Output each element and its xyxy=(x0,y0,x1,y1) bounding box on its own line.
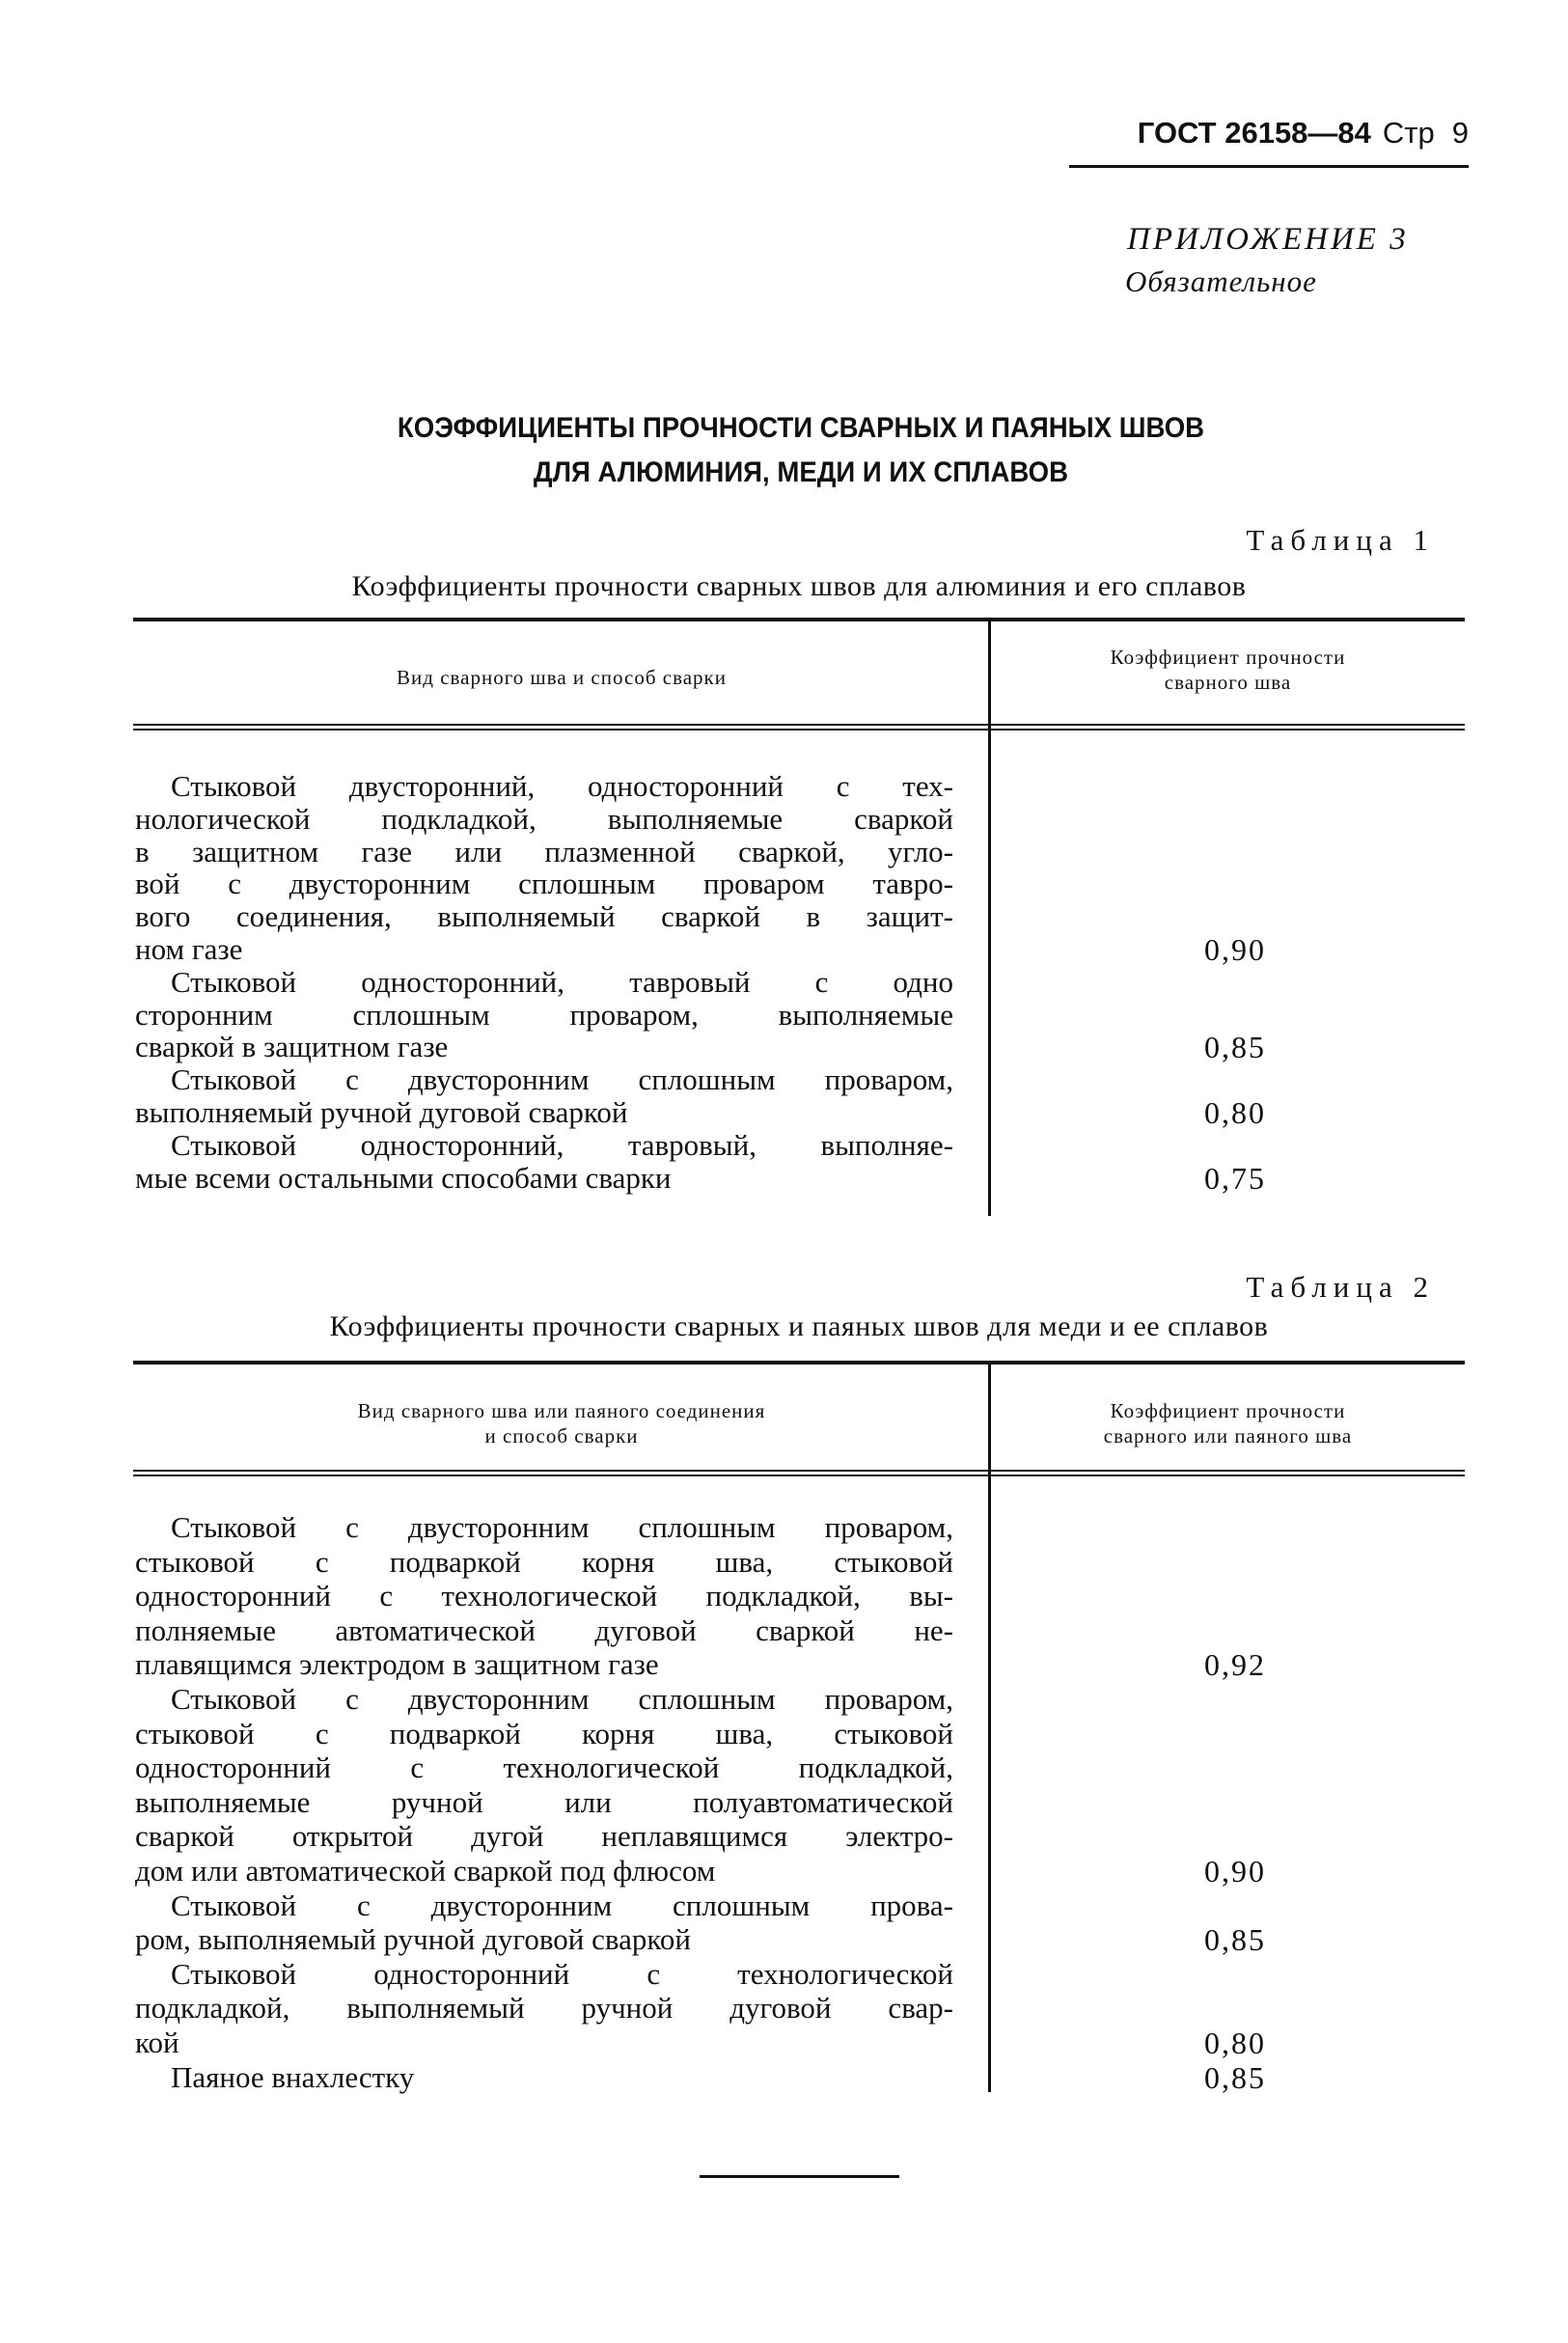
row-text-line: сваркой открытой дугой неплавящимся элек… xyxy=(135,1820,953,1853)
row-text-line: дом или автоматической сваркой под флюсо… xyxy=(135,1855,953,1888)
row-text-line: стыковой с подваркой корня шва, стыковой xyxy=(135,1718,953,1750)
coefficient-value: 0,92 xyxy=(1148,1648,1322,1681)
coefficient-value: 0,90 xyxy=(1148,1855,1322,1888)
table-1-column-divider xyxy=(988,621,991,1216)
header-text: сварного или паяного шва xyxy=(991,1423,1465,1448)
row-text-line: вого соединения, выполняемый сваркой в з… xyxy=(135,900,953,933)
coefficient-value: 0,85 xyxy=(1148,1031,1322,1063)
row-text-line: подкладкой, выполняемый ручной дуговой с… xyxy=(135,1992,953,2025)
row-text-line: нологической подкладкой, выполняемые сва… xyxy=(135,803,953,836)
coefficient-value: 0,80 xyxy=(1148,2026,1322,2059)
table-1-header-col1: Вид сварного шва и способ сварки xyxy=(135,665,988,690)
row-text-line: ном газе xyxy=(135,933,953,966)
table-2-header-rule xyxy=(133,1470,1465,1476)
row-text-line: Стыковой с двусторонним сплошным прова- xyxy=(171,1889,953,1922)
row-text-line: сторонним сплошным проваром, выполняемые xyxy=(135,999,953,1032)
header-text: и способ сварки xyxy=(135,1423,988,1448)
row-text-line: плавящимся электродом в защитном газе xyxy=(135,1648,953,1681)
table-2-number: Таблица 2 xyxy=(1246,1268,1435,1307)
row-text-line: в защитном газе или плазменной сваркой, … xyxy=(135,836,953,868)
header-text: Вид сварного шва и способ сварки xyxy=(135,665,988,690)
coefficient-value: 0,85 xyxy=(1148,1923,1322,1956)
page-title-line-2: ДЛЯ АЛЮМИНИЯ, МЕДИ И ИХ СПЛАВОВ xyxy=(188,454,1414,492)
table-1-header-rule xyxy=(133,724,1465,730)
page-label: Стр xyxy=(1383,116,1435,150)
row-text-line: выполняемые ручной или полуавтоматическо… xyxy=(135,1786,953,1819)
header-text: Коэффициент прочности xyxy=(991,1398,1465,1423)
row-text-line: Стыковой с двусторонним сплошным проваро… xyxy=(171,1683,953,1716)
row-text-line: Стыковой односторонний с технологической xyxy=(171,1958,953,1991)
coefficient-value: 0,75 xyxy=(1148,1162,1322,1195)
row-text-line: Стыковой односторонний, тавровый с одно xyxy=(171,966,953,999)
row-text-line: мые всеми остальными способами сварки xyxy=(135,1162,953,1195)
row-text-line: выполняемый ручной дуговой сваркой xyxy=(135,1096,953,1129)
header-text: сварного шва xyxy=(991,670,1465,695)
row-text-line: сваркой в защитном газе xyxy=(135,1031,953,1063)
appendix-status: Обязательное xyxy=(1125,262,1317,301)
row-text-line: вой с двусторонним сплошным проваром тав… xyxy=(135,868,953,900)
row-text-line: полняемые автоматической дуговой сваркой… xyxy=(135,1614,953,1647)
table-2-header-col1: Вид сварного шва или паяного соединения … xyxy=(135,1398,988,1448)
header-rule xyxy=(1069,165,1469,168)
standard-code: ГОСТ 26158—84 xyxy=(1138,116,1371,150)
page-number: 9 xyxy=(1452,116,1469,150)
coefficient-value: 0,85 xyxy=(1148,2061,1322,2094)
appendix-label: ПРИЛОЖЕНИЕ 3 xyxy=(1127,220,1409,259)
table-1-top-rule xyxy=(133,618,1465,621)
row-text-line: стыковой с подваркой корня шва, стыковой xyxy=(135,1546,953,1579)
table-2-top-rule xyxy=(133,1361,1465,1364)
page-title-line-1: КОЭФФИЦИЕНТЫ ПРОЧНОСТИ СВАРНЫХ И ПАЯНЫХ … xyxy=(188,409,1414,448)
row-text-line: Стыковой с двусторонним сплошным проваро… xyxy=(171,1511,953,1544)
row-text-line: Стыковой двусторонний, односторонний с т… xyxy=(171,770,953,803)
table-2-caption: Коэффициенты прочности сварных и паяных … xyxy=(133,1308,1465,1346)
row-text-line: Паяное внахлестку xyxy=(171,2061,953,2094)
table-1-number: Таблица 1 xyxy=(1246,521,1435,560)
coefficient-value: 0,80 xyxy=(1148,1096,1322,1129)
running-header: ГОСТ 26158—84Стр9 xyxy=(1061,114,1469,152)
table-1-caption: Коэффициенты прочности сварных швов для … xyxy=(133,567,1465,606)
row-text-line: ром, выполняемый ручной дуговой сваркой xyxy=(135,1923,953,1956)
row-text-line: Стыковой односторонний, тавровый, выполн… xyxy=(171,1129,953,1162)
row-text-line: кой xyxy=(135,2026,953,2059)
header-text: Вид сварного шва или паяного соединения xyxy=(135,1398,988,1423)
table-2-header-col2: Коэффициент прочности сварного или паяно… xyxy=(991,1398,1465,1448)
header-text: Коэффициент прочности xyxy=(991,645,1465,670)
coefficient-value: 0,90 xyxy=(1148,933,1322,966)
row-text-line: односторонний с технологической подкладк… xyxy=(135,1751,953,1784)
footer-rule xyxy=(700,2175,899,2178)
table-1-header-col2: Коэффициент прочности сварного шва xyxy=(991,645,1465,695)
row-text-line: Стыковой с двусторонним сплошным проваро… xyxy=(171,1063,953,1096)
row-text-line: односторонний с технологической подкладк… xyxy=(135,1580,953,1613)
